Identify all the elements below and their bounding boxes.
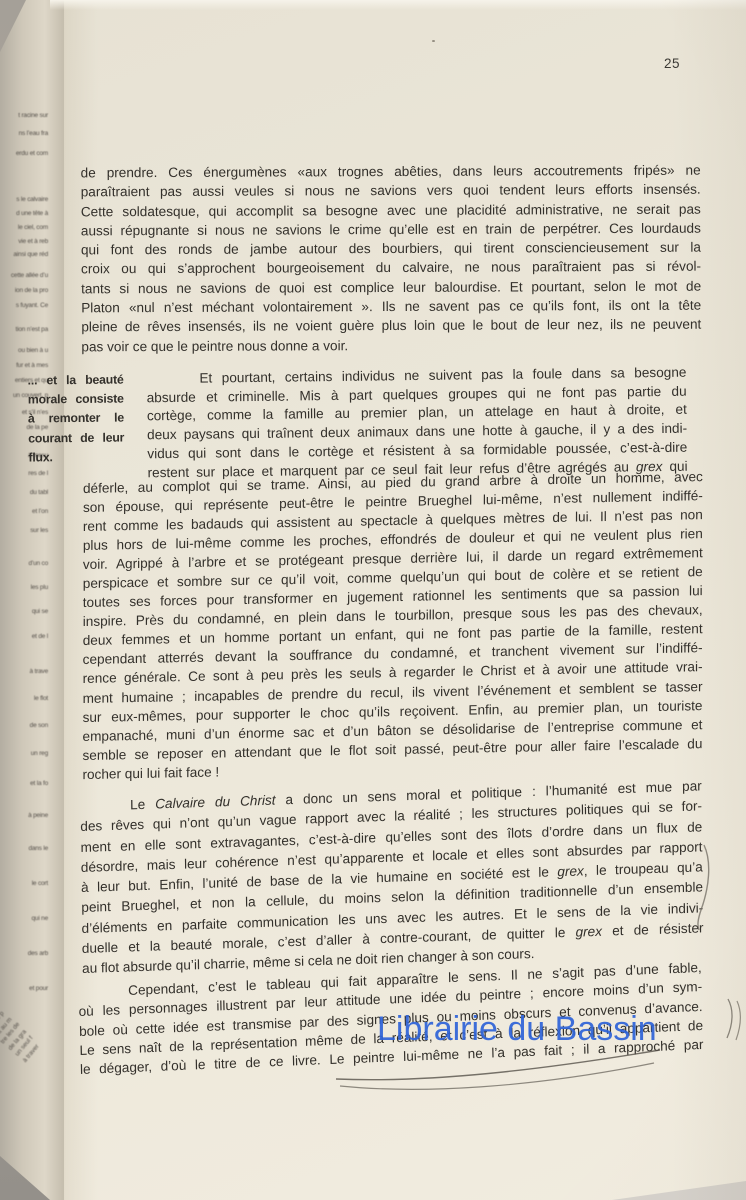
spine-text-fragment: vie et à reb bbox=[18, 238, 48, 245]
spine-text-fragment: qui se bbox=[32, 608, 48, 615]
text-line: pleine de rêves insensés, ils ne voient … bbox=[81, 315, 701, 337]
page-number: 25 bbox=[664, 56, 680, 71]
paragraph-3: Le Calvaire du Christ a donc un sens mor… bbox=[80, 776, 704, 979]
spine-text-fragment: dans le bbox=[28, 845, 48, 852]
text-line: pas voir ce que le peintre nous donne a … bbox=[81, 334, 701, 356]
spine-text-fragment: à trave bbox=[30, 668, 48, 675]
spine-text-fragment: s fuyant. Ce bbox=[16, 302, 48, 309]
spine-text-fragment: à peine bbox=[28, 812, 48, 819]
spine-text-fragment: erdu et com bbox=[16, 150, 48, 157]
spine-text-fragment: ion de la pro bbox=[15, 287, 48, 294]
spine-text-fragment: ns l’eau fra bbox=[19, 130, 48, 137]
spine-text-fragment: fur et à mes bbox=[16, 362, 48, 369]
spine-text-fragment: le flot bbox=[34, 695, 48, 702]
spine-text-fragment: de son bbox=[30, 722, 48, 729]
spine-text-fragment: s le calvaire bbox=[16, 196, 48, 203]
text-line: paraîtraient pas aussi veules si nous ne… bbox=[81, 180, 701, 202]
text-line: aussi répugnante si nous ne savions le c… bbox=[81, 219, 701, 241]
spine-text-fragment: tion n’est pa bbox=[16, 326, 48, 333]
paragraph-2-continued: déferle, au complot qui se trame. Ainsi,… bbox=[82, 467, 702, 784]
margin-note-line: ... et la beauté bbox=[27, 371, 123, 391]
spine-text-fragment: res de l bbox=[28, 470, 48, 477]
margin-note-line: courant de leur bbox=[28, 428, 124, 448]
spine-text-fragment: ou bien à u bbox=[18, 347, 48, 354]
spine-text-fragment: t racine sur bbox=[18, 112, 48, 119]
text-line: Cette soldatesque, qui accomplit sa beso… bbox=[81, 199, 701, 221]
text-line: tants si nous ne savions de quoi est com… bbox=[81, 276, 701, 298]
facing-page-spine-edge: t racine surns l’eau fraerdu et coms le … bbox=[0, 0, 64, 1200]
page-top-edge-highlight bbox=[50, 0, 746, 10]
spine-text-fragment: d’un co bbox=[28, 560, 48, 567]
spine-text-fragment: et l’on bbox=[32, 508, 48, 515]
text-line: de prendre. Ces énergumènes «aux trognes… bbox=[81, 161, 701, 183]
text-line: qui font des ronds de jambe autour des b… bbox=[81, 238, 701, 260]
text-line: Platon «nul n’est méchant volontairement… bbox=[81, 296, 701, 318]
text-line: croix ou qui s’approchent bourgeoisement… bbox=[81, 257, 701, 279]
spine-text-fragment: qui ne bbox=[31, 915, 48, 922]
spine-text-fragment: sur les bbox=[30, 527, 48, 534]
paper-speck bbox=[432, 40, 435, 42]
margin-note: ... et la beautémorale consisteà remonte… bbox=[27, 371, 124, 468]
margin-note-line: à remonter le bbox=[28, 409, 124, 429]
spine-text-fragment: ainsi que réd bbox=[13, 251, 48, 258]
margin-note-line: morale consiste bbox=[28, 390, 124, 410]
spine-text-fragment: cette allée d’u bbox=[11, 272, 48, 279]
spine-text-fragment: du tabl bbox=[30, 489, 48, 496]
margin-note-line: flux. bbox=[28, 447, 124, 467]
spine-text-fragment: les plu bbox=[31, 584, 48, 591]
spine-text-fragment: et de l bbox=[32, 633, 48, 640]
paragraph-1: de prendre. Ces énergumènes «aux trognes… bbox=[81, 161, 702, 357]
spine-text-fragment: le ciel, com bbox=[18, 224, 48, 231]
spine-text-fragment: et la fo bbox=[30, 780, 48, 787]
paragraph-2-inset: Et pourtant, certains individus ne suive… bbox=[146, 364, 687, 483]
bookseller-watermark: Librairie du Bassin bbox=[377, 1010, 657, 1049]
spine-text-fragment: d une tête à bbox=[16, 210, 48, 217]
spine-text-fragment: un reg bbox=[31, 750, 48, 757]
spine-text-fragment: le cort bbox=[32, 880, 48, 887]
photographed-book-page: t racine surns l’eau fraerdu et coms le … bbox=[0, 0, 746, 1200]
